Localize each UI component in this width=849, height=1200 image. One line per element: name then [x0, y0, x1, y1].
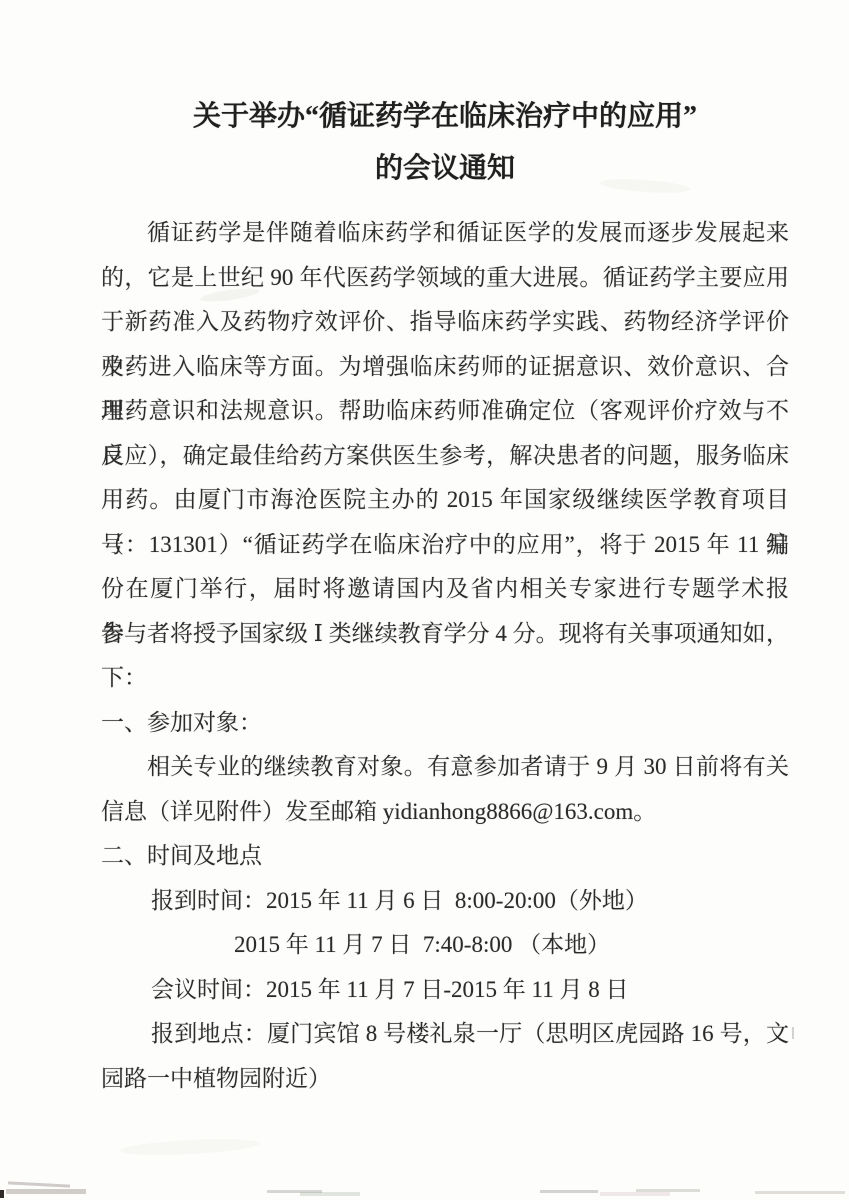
scan-artifact: [300, 1192, 360, 1196]
paragraph-line: 参与者将授予国家级 Ⅰ 类继续教育学分 4 分。现将有关事项通知如: [101, 612, 789, 657]
paragraph-line: 下：: [101, 656, 789, 701]
meeting-time-line: 会议时间：2015 年 11 月 7 日-2015 年 11 月 8 日: [101, 968, 789, 1013]
scan-artifact: [8, 1181, 70, 1187]
scanned-notice-page: 关于举办“循证药学在临床治疗中的应用” 的会议通知 循证药学是伴随着临床药学和循…: [0, 0, 849, 1200]
paragraph-line: 的，它是上世纪 90 年代医药学领域的重大进展。循证药学主要应用: [101, 256, 789, 301]
notice-title-line-1: 关于举办“循证药学在临床治疗中的应用”: [101, 91, 789, 143]
paragraph-line: 份在厦门举行，届时将邀请国内及省内相关专家进行专题学术报告，: [101, 567, 789, 612]
section-2-heading: 二、时间及地点: [101, 834, 789, 879]
paper-smudge: [120, 1136, 261, 1157]
email-line: 信息（详见附件）发至邮箱 yidianhong8866@163.com。: [101, 790, 789, 835]
registration-time-line-2: 2015 年 11 月 7 日 7:40-8:00 （本地）: [101, 923, 789, 968]
paragraph-line: 于新药准入及药物疗效评价、指导临床药学实践、药物经济学评价及: [101, 300, 789, 345]
paragraph-line: 号：131301）“循证药学在临床治疗中的应用”，将于 2015 年 11 月: [101, 523, 789, 568]
scan-artifact: [267, 1190, 322, 1193]
notice-title: 关于举办“循证药学在临床治疗中的应用” 的会议通知: [101, 91, 789, 195]
registration-time-line-1: 报到时间：2015 年 11 月 6 日 8:00-20:00（外地）: [101, 879, 789, 924]
paragraph-line: 中药进入临床等方面。为增强临床药师的证据意识、效价意识、合理: [101, 345, 789, 390]
paragraph-line: 循证药学是伴随着临床药学和循证医学的发展而逐步发展起来: [101, 211, 789, 256]
scan-artifact: [636, 1189, 700, 1192]
scan-artifact: [755, 1191, 845, 1194]
notice-body: 循证药学是伴随着临床药学和循证医学的发展而逐步发展起来 的，它是上世纪 90 年…: [101, 211, 789, 1101]
participants-line: 相关专业的继续教育对象。有意参加者请于 9 月 30 日前将有关: [101, 745, 789, 790]
paragraph-line: 反应），确定最佳给药方案供医生参考，解决患者的问题，服务临床: [101, 434, 789, 479]
scan-artifact: [792, 1027, 794, 1039]
registration-venue-line: 报到地点：厦门宾馆 8 号楼礼泉一厅（思明区虎园路 16 号，文: [101, 1012, 789, 1057]
section-1-heading: 一、参加对象：: [101, 701, 789, 746]
scan-artifact: [600, 1192, 670, 1196]
notice-title-line-2: 的会议通知: [101, 143, 789, 195]
paragraph-line: 用药。由厦门市海沧医院主办的 2015 年国家级继续医学教育项目（编: [101, 478, 789, 523]
venue-continuation-line: 园路一中植物园附近）: [101, 1057, 789, 1102]
paragraph-line: 用药意识和法规意识。帮助临床药师准确定位（客观评价疗效与不良: [101, 389, 789, 434]
scan-artifact: [6, 1189, 86, 1194]
scan-artifact: [540, 1190, 598, 1193]
scan-artifact: [0, 1190, 4, 1198]
